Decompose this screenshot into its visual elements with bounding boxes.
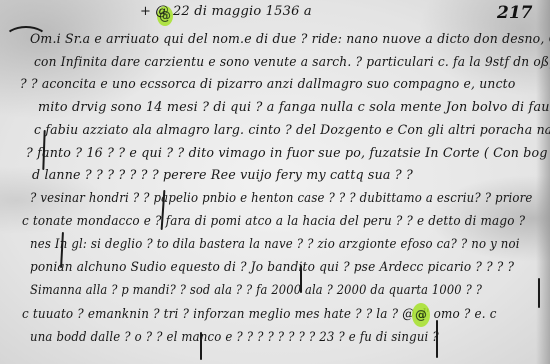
manuscript-line: con Infinita dare carzientu e sono venut… — [34, 55, 550, 70]
manuscript-line: Om.i Sr.a e arriuato qui del nom.e di du… — [30, 32, 550, 47]
manuscript-line: c tonate mondacco e ? fara di pomi atco … — [22, 214, 525, 229]
highlight-marker-at-sign: @ — [412, 303, 430, 327]
descender-stroke — [200, 332, 202, 360]
folio-number: 217 — [497, 3, 533, 23]
manuscript-line: mito drvig sono 14 mesi ? di qui ? a fan… — [38, 100, 550, 115]
date-text: + @ 22 di maggio 1536 a — [140, 4, 312, 19]
manuscript-line: d lanne ? ? ? ? ? ? ? perere Ree vuijo f… — [32, 168, 413, 183]
descender-stroke — [300, 265, 302, 293]
manuscript-line: nes In gl: si deglio ? to dila bastera l… — [30, 237, 520, 252]
manuscript-line: Simanna alla ? p mandi? ? sod ala ? ? fa… — [30, 283, 482, 298]
manuscript-line: ? vesinar hondri ? ? papelio pnbio e hen… — [30, 191, 533, 206]
manuscript-line: ? fanto ? 16 ? ? e qui ? ? dito vimago i… — [26, 146, 548, 161]
manuscript-line: c fabiu azziato ala almagro larg. cinto … — [34, 123, 550, 138]
manuscript-page: @ + @ 22 di maggio 1536 a 217 Om.i Sr.a … — [0, 0, 550, 364]
descender-stroke — [436, 320, 438, 358]
descender-stroke — [538, 278, 540, 308]
manuscript-line: ? ? aconcita e uno ecssorca di pizarro a… — [20, 77, 515, 92]
date-heading: + @ 22 di maggio 1536 a — [140, 4, 312, 19]
manuscript-line: ponian alchuno Sudio equesto di ? Jo ban… — [30, 260, 514, 275]
manuscript-line: una bodd dalle ? o ? ? el manco e ? ? ? … — [30, 330, 439, 345]
